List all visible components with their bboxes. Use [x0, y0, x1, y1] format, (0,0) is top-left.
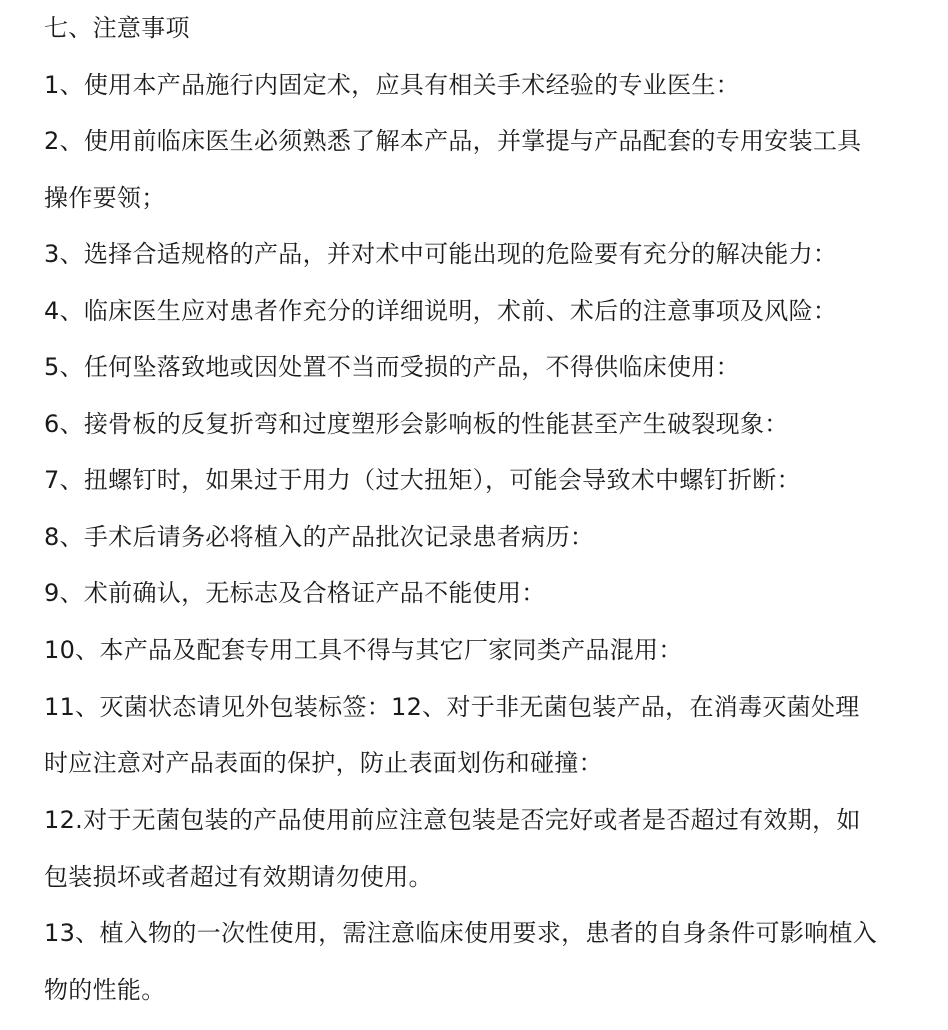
notice-item-4: 4、临床医生应对患者作充分的详细说明，术前、术后的注意事项及风险： [44, 296, 837, 326]
document-page: 七、注意事项 1、使用本产品施行内固定术，应具有相关手术经验的专业医生： 2、使… [0, 0, 948, 1030]
notice-item-3: 3、选择合适规格的产品，并对术中可能出现的危险要有充分的解决能力： [44, 239, 837, 269]
notice-item-6: 6、接骨板的反复折弯和过度塑形会影响板的性能甚至产生破裂现象： [44, 409, 789, 439]
notice-item-2-continued: 操作要领； [44, 183, 166, 213]
section-heading: 七、注意事项 [44, 13, 190, 43]
notice-item-11-continued: 时应注意对产品表面的保护，防止表面划伤和碰撞： [44, 748, 603, 778]
notice-item-8: 8、手术后请务必将植入的产品批次记录患者病历： [44, 522, 594, 552]
notice-item-9: 9、术前确认，无标志及合格证产品不能使用： [44, 578, 546, 608]
notice-item-5: 5、任何坠落致地或因处置不当而受损的产品，不得供临床使用： [44, 352, 740, 382]
notice-item-12: 12.对于无菌包装的产品使用前应注意包装是否完好或者是否超过有效期，如 [44, 805, 861, 835]
notice-item-13-continued: 物的性能。 [44, 975, 166, 1005]
notice-item-12-continued: 包装损坏或者超过有效期请勿使用。 [44, 862, 433, 892]
notice-item-11: 11、灭菌状态请见外包装标签：12、对于非无菌包装产品，在消毒灭菌处理 [44, 692, 860, 722]
notice-item-2: 2、使用前临床医生必须熟悉了解本产品，并掌提与产品配套的专用安装工具 [44, 126, 861, 156]
notice-item-13: 13、植入物的一次性使用，需注意临床使用要求，患者的自身条件可影响植入 [44, 918, 877, 948]
notice-item-1: 1、使用本产品施行内固定术，应具有相关手术经验的专业医生： [44, 70, 740, 100]
notice-item-7: 7、扭螺钉时，如果过于用力（过大扭矩），可能会导致术中螺钉折断： [44, 465, 801, 495]
notice-item-10: 10、本产品及配套专用工具不得与其它厂家同类产品混用： [44, 635, 683, 665]
